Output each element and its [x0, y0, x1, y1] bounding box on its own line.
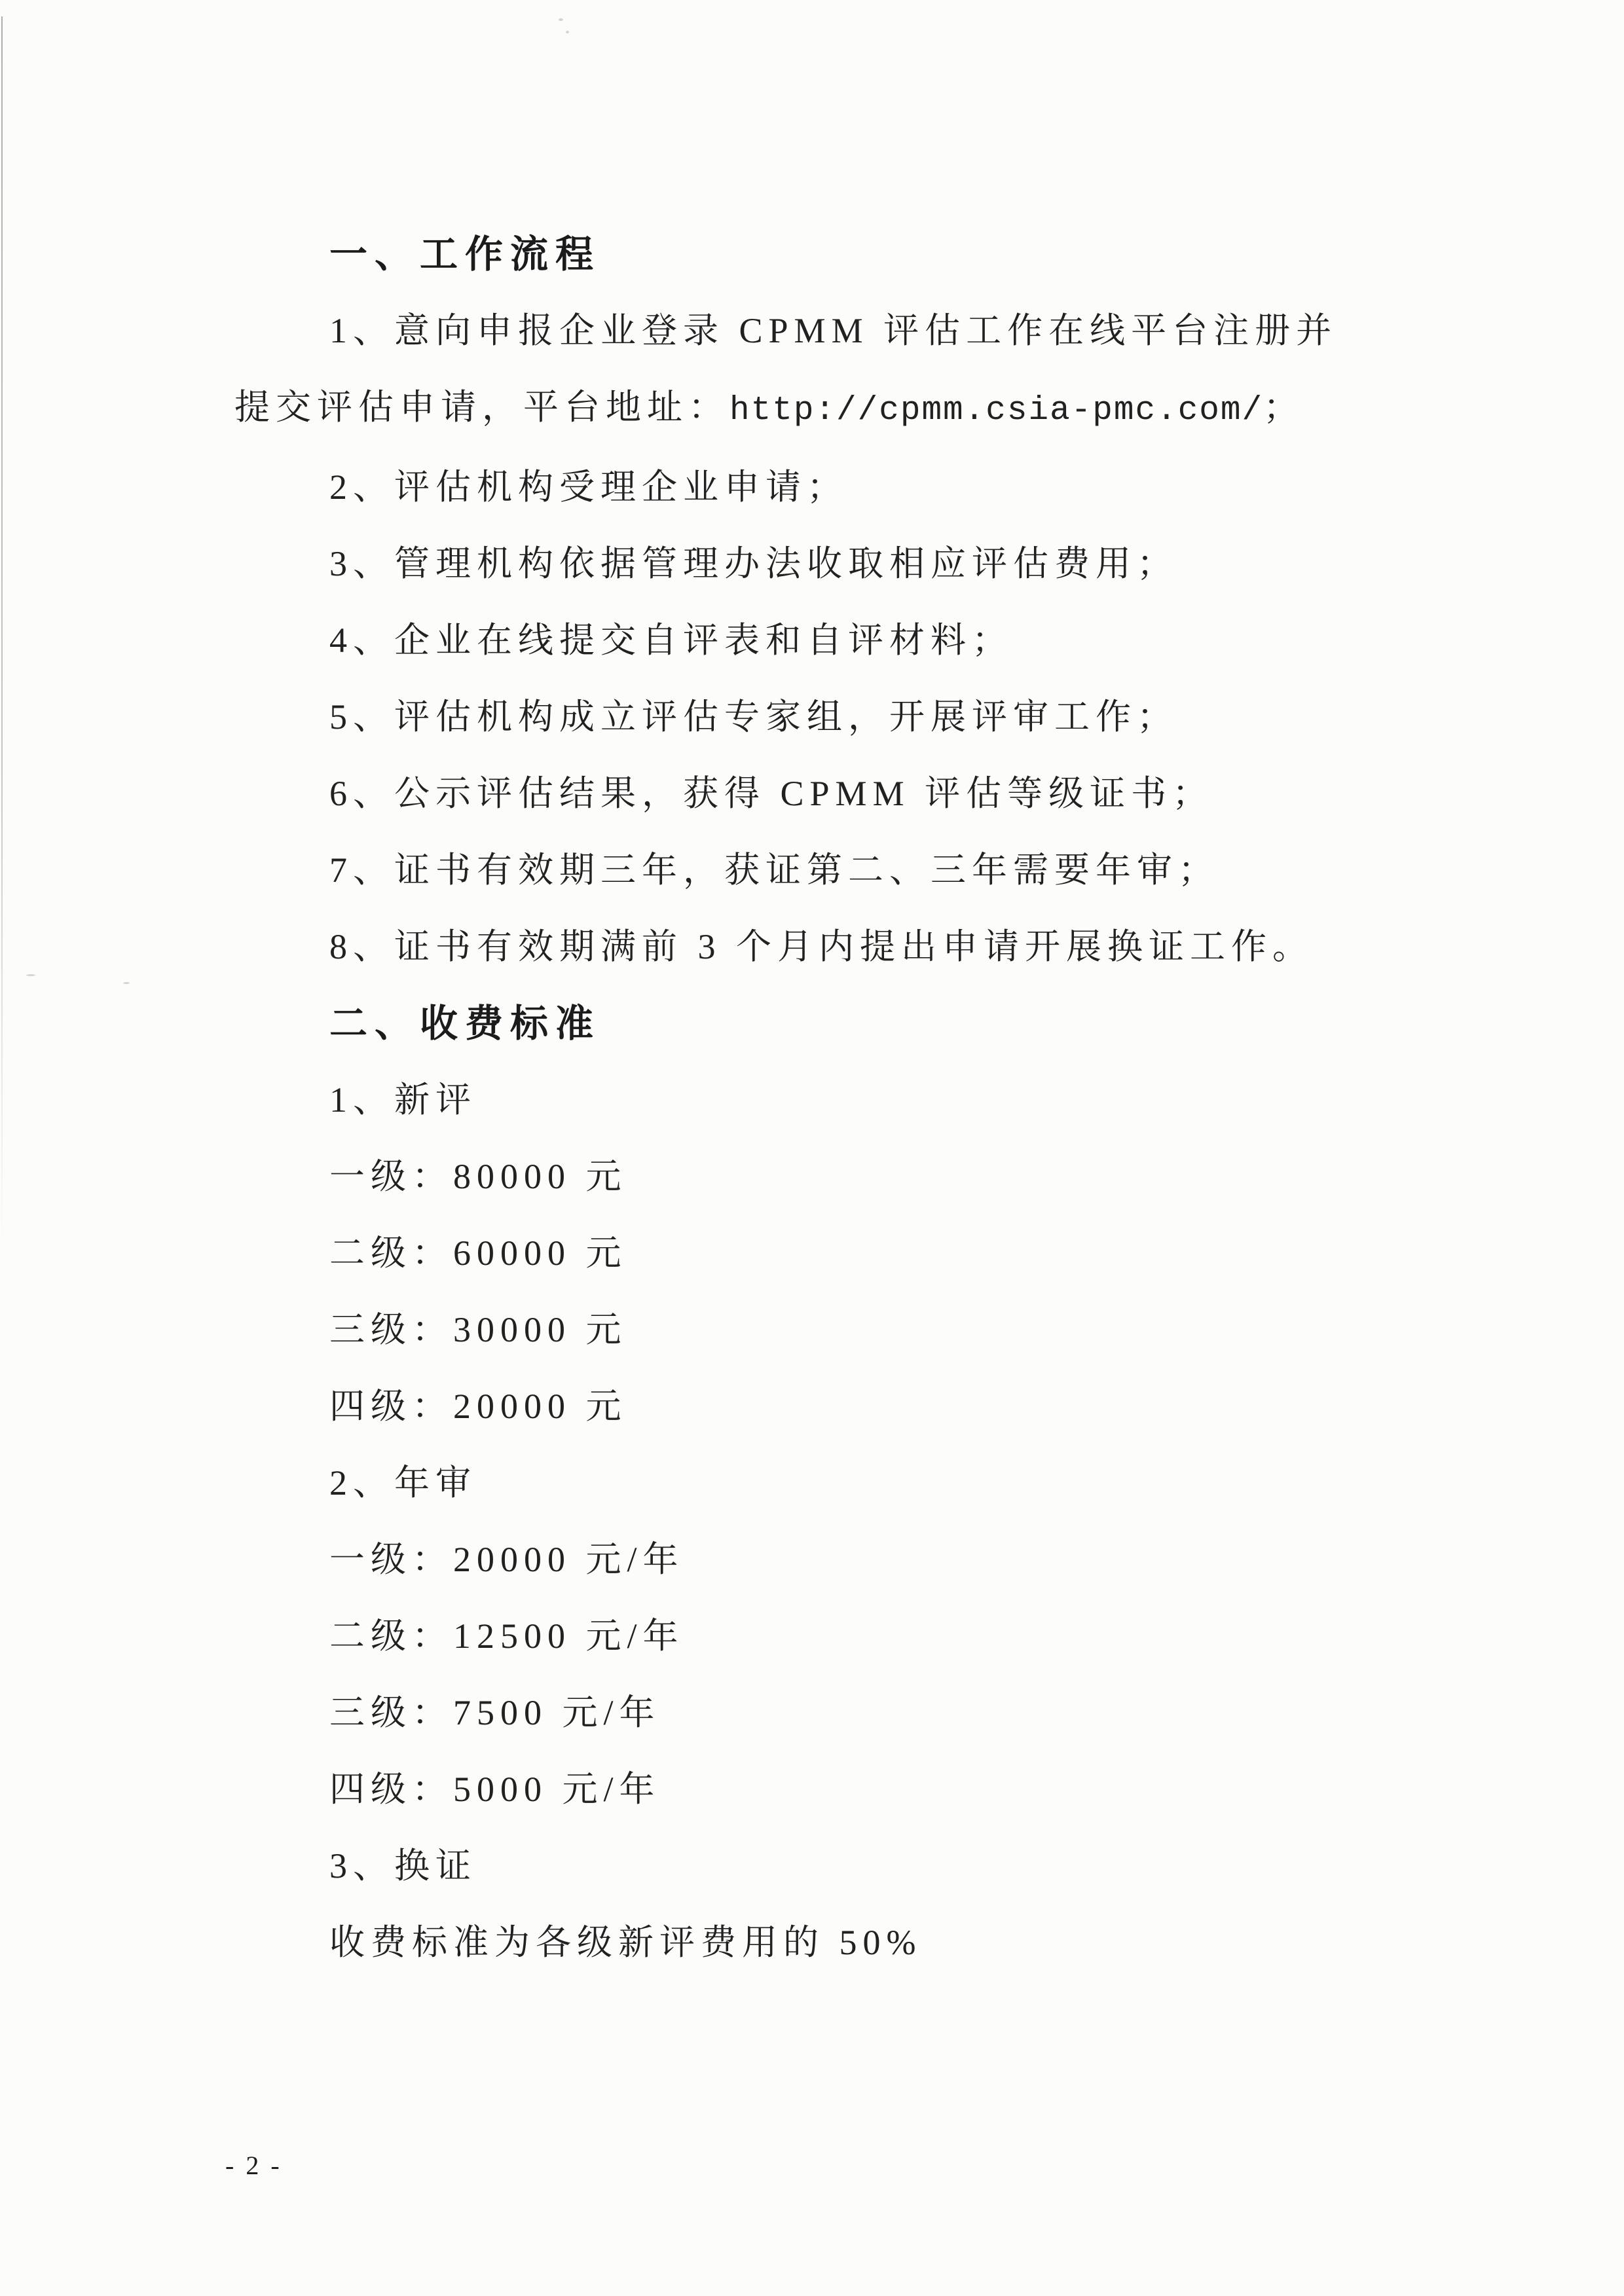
fee-new-level-2: 二级：60000 元 [234, 1215, 1387, 1292]
page-number: - 2 - [225, 2150, 282, 2181]
step-8: 8、证书有效期满前 3 个月内提出申请开展换证工作。 [234, 909, 1387, 985]
scan-artifact-speck [559, 18, 563, 21]
scanned-document-page: { "page": { "background": "#fcfcfb", "te… [0, 0, 1624, 2296]
fee-annual-level-3: 三级：7500 元/年 [234, 1675, 1387, 1751]
section-heading-fee-standard: 二、收费标准 [234, 985, 1387, 1062]
step-7: 7、证书有效期三年，获证第二、三年需要年审； [234, 832, 1387, 909]
step-4: 4、企业在线提交自评表和自评材料； [234, 602, 1387, 679]
scan-artifact-speck [566, 31, 569, 33]
scan-artifact-edge-line [1, 16, 3, 1247]
fee-new-level-3: 三级：30000 元 [234, 1292, 1387, 1368]
fee-annual-level-1: 一级：20000 元/年 [234, 1522, 1387, 1598]
scan-artifact-speck [123, 982, 130, 984]
fee-new-eval-label: 1、新评 [234, 1062, 1387, 1139]
platform-url: http://cpmm.csia-pmc.com/ [729, 392, 1263, 429]
fee-renewal-label: 3、换证 [234, 1828, 1387, 1904]
step-2: 2、评估机构受理企业申请； [234, 449, 1387, 526]
fee-new-level-1: 一级：80000 元 [234, 1139, 1387, 1215]
fee-annual-level-4: 四级：5000 元/年 [234, 1751, 1387, 1828]
fee-annual-label: 2、年审 [234, 1445, 1387, 1522]
step-1-line-2-suffix: ； [1263, 388, 1304, 427]
fee-new-level-4: 四级：20000 元 [234, 1368, 1387, 1445]
section-heading-work-process: 一、工作流程 [234, 216, 1387, 293]
step-1-line-1: 1、意向申报企业登录 CPMM 评估工作在线平台注册并 [234, 293, 1387, 369]
step-3: 3、管理机构依据管理办法收取相应评估费用； [234, 526, 1387, 602]
step-1-line-2: 提交评估申请，平台地址：http://cpmm.csia-pmc.com/； [234, 369, 1387, 449]
step-5: 5、评估机构成立评估专家组，开展评审工作； [234, 679, 1387, 756]
step-6: 6、公示评估结果，获得 CPMM 评估等级证书； [234, 756, 1387, 832]
scan-artifact-speck [26, 974, 35, 976]
fee-annual-level-2: 二级：12500 元/年 [234, 1598, 1387, 1675]
fee-renewal-note: 收费标准为各级新评费用的 50% [234, 1904, 1387, 1981]
document-body: 一、工作流程 1、意向申报企业登录 CPMM 评估工作在线平台注册并 提交评估申… [234, 216, 1387, 1981]
step-1-line-2-prefix: 提交评估申请，平台地址： [234, 388, 729, 427]
